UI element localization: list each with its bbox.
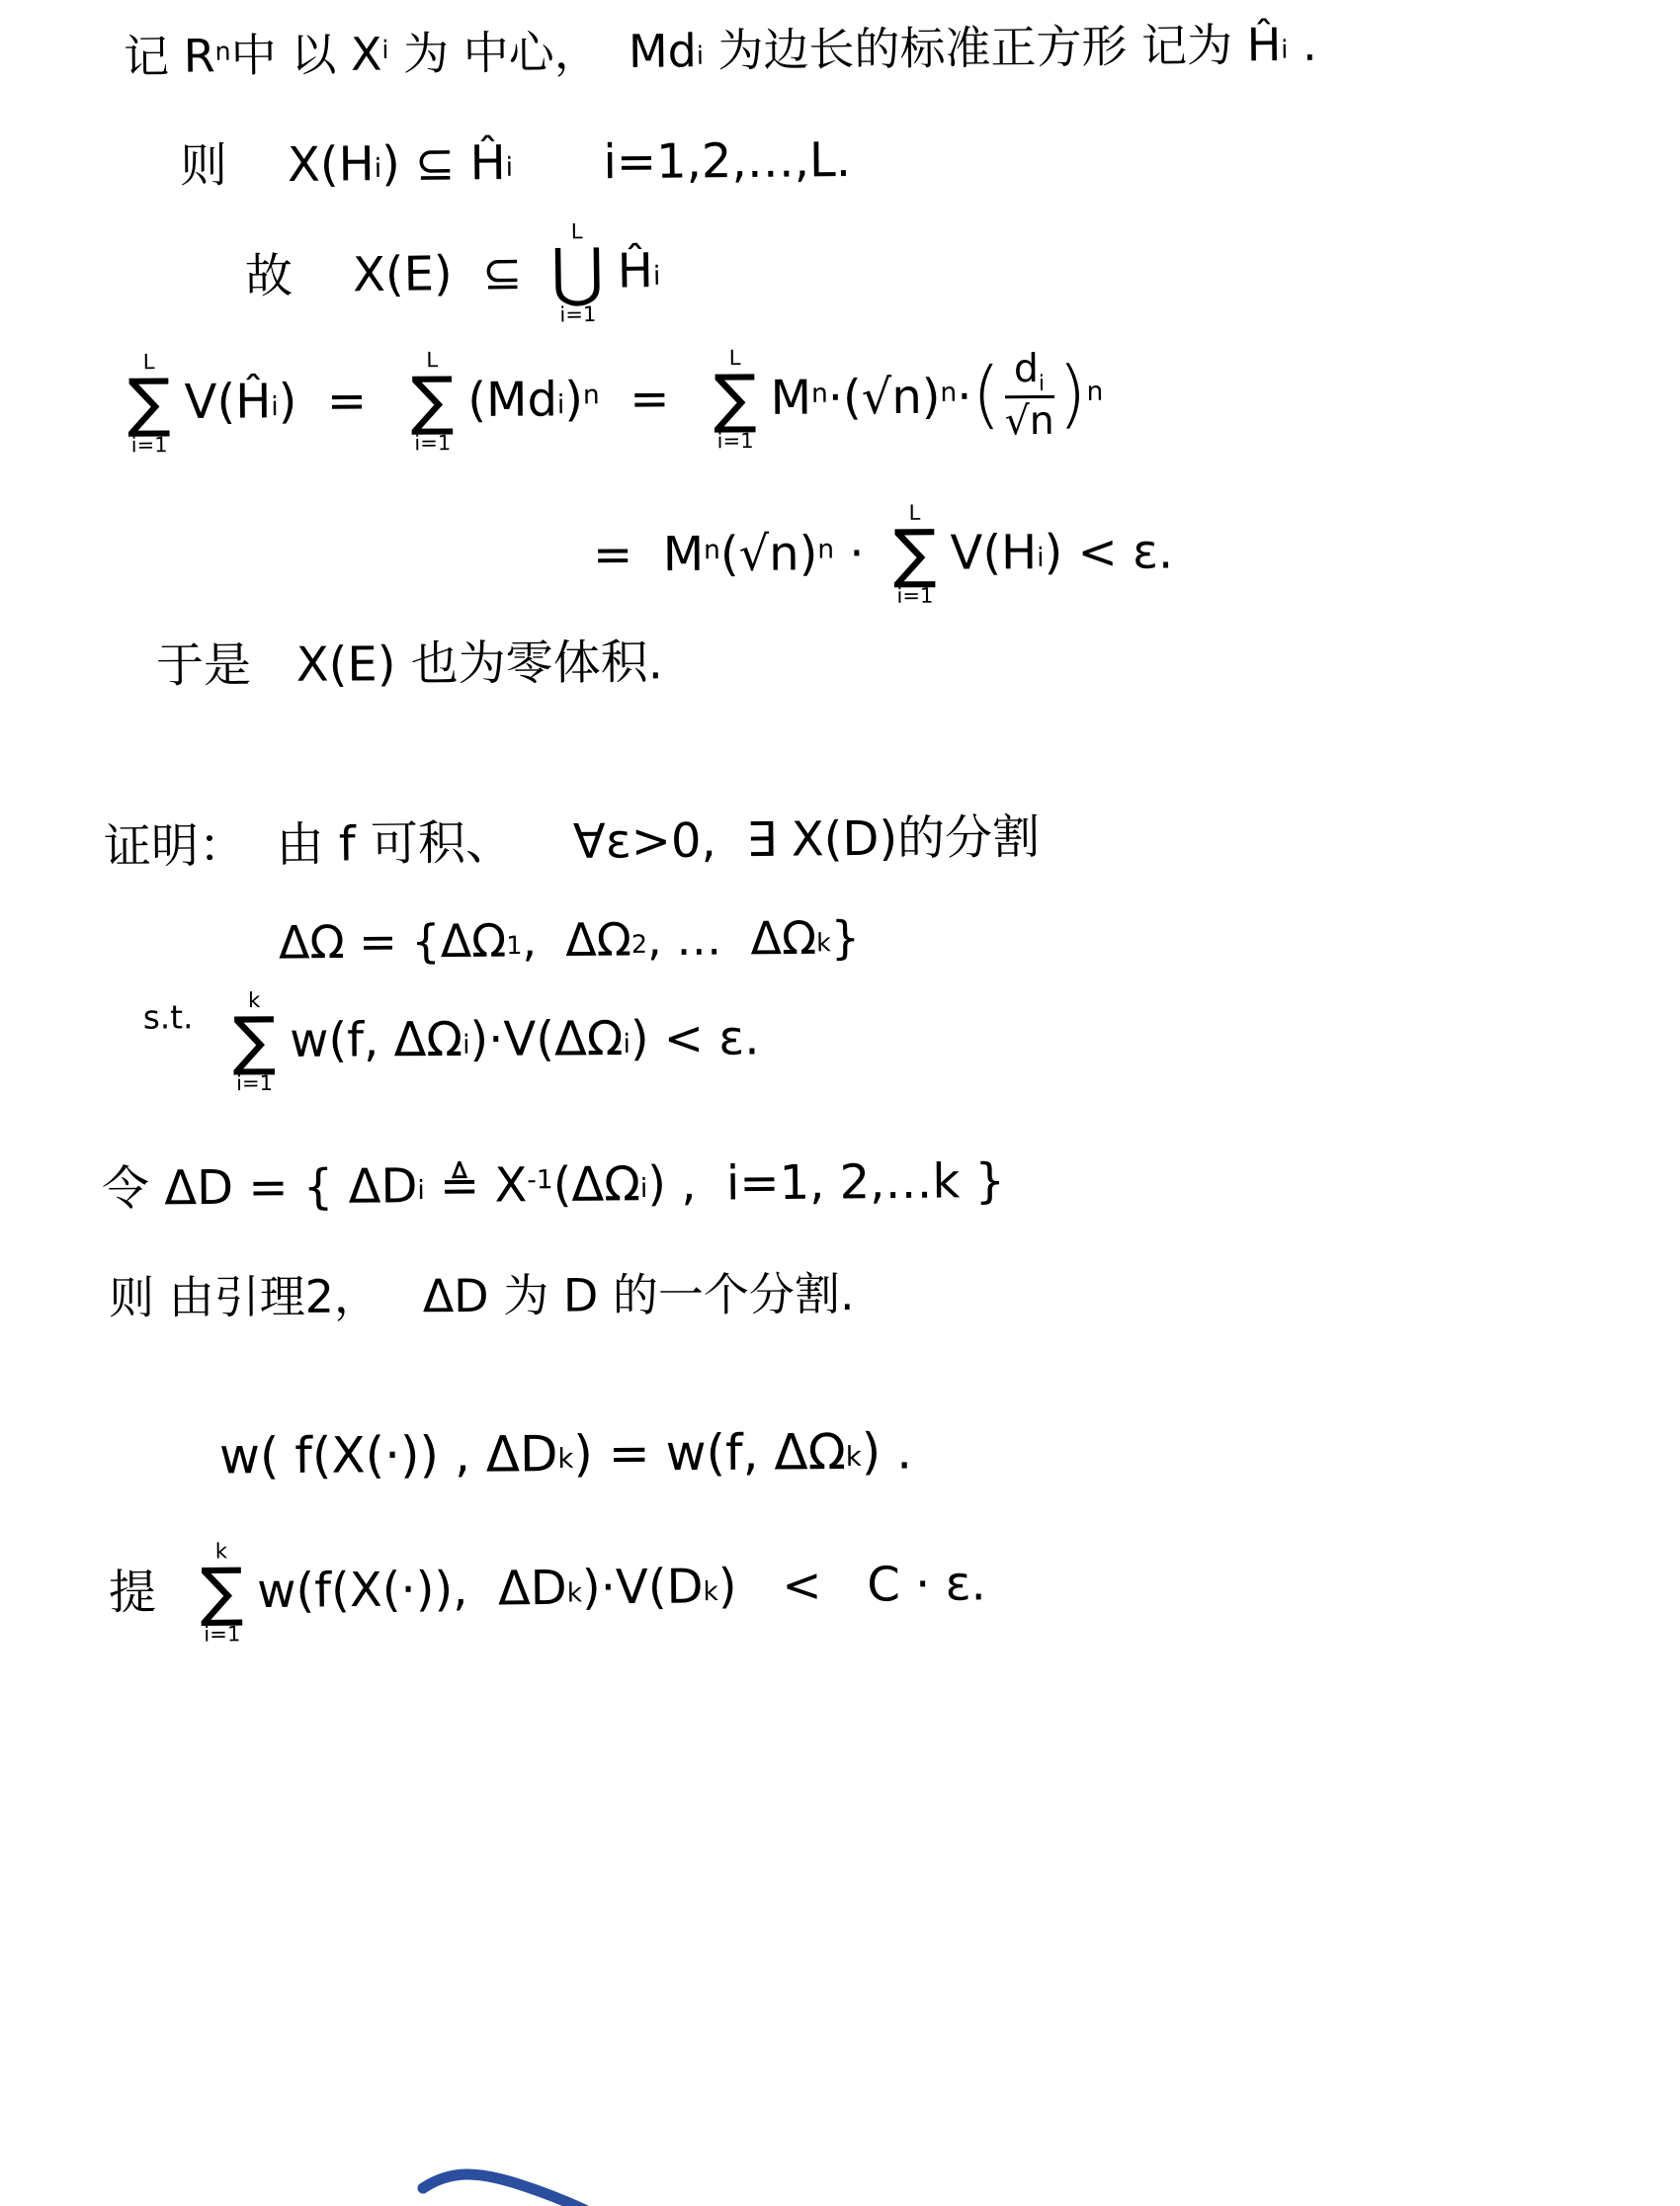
- text-line-3: 故 X(E) ⊆ L ⋃ i=1 Ĥi: [244, 219, 661, 330]
- close-paren: ): [1057, 352, 1087, 437]
- text-line-2: 则 X(Hi) ⊆ Ĥi i=1,2,…,L.: [180, 133, 851, 194]
- superscript: i: [381, 38, 388, 62]
- text-run: )·V(ΔΩ: [469, 1012, 623, 1067]
- blue-pen-stroke-path: [423, 2174, 585, 2206]
- text-run: (ΔΩ: [552, 1157, 640, 1213]
- summation-symbol: L ∑ i=1: [127, 351, 171, 456]
- text-line-12: w( f(X(·)) , ΔDk) = w(f, ΔΩk) .: [219, 1424, 912, 1485]
- subscript: i: [697, 43, 704, 68]
- text-run: )·V(D: [582, 1561, 704, 1616]
- union-symbol: L ⋃ i=1: [550, 220, 605, 326]
- subscript: i: [462, 1032, 469, 1058]
- text-run: ΔΩ = {ΔΩ: [279, 915, 507, 970]
- text-run: ·: [834, 527, 880, 581]
- sum-lower-limit: i=1: [131, 434, 168, 456]
- text-run: ) < ε.: [1044, 526, 1173, 581]
- text-run: ) = w(f, ΔΩ: [573, 1424, 846, 1483]
- sigma-glyph: ∑: [714, 369, 757, 430]
- text-line-9: s.t. k ∑ i=1 w(f, ΔΩi)·V(ΔΩi) < ε.: [143, 986, 760, 1094]
- sum-lower-limit: i=1: [896, 584, 933, 606]
- text-run: ): [564, 374, 583, 428]
- subscript: i: [506, 155, 514, 181]
- text-run: =: [600, 373, 701, 428]
- text-run: = M: [593, 528, 704, 583]
- text-run: 记 R: [124, 30, 215, 83]
- text-run: d: [1014, 346, 1039, 391]
- text-line-6: 于是 X(E) 也为零体积.: [156, 636, 663, 694]
- text-line-4: L ∑ i=1 V(Ĥi) = L ∑ i=1 (Mdi)n = L ∑ i=1…: [114, 345, 1104, 457]
- text-run: 故 X(E) ⊆: [245, 246, 538, 304]
- fraction-numerator: di: [1014, 349, 1045, 395]
- text-run: w( f(X(·)) , ΔD: [219, 1426, 558, 1485]
- text-run: ) =: [278, 375, 396, 430]
- notebook-page: 记 Rn中 以 Xi 为 中心， Mdi 为边长的标准正方形 记为 Ĥi . 则…: [0, 0, 1680, 2206]
- subscript: i: [1281, 37, 1288, 61]
- subscript: k: [567, 1580, 583, 1607]
- open-paren: (: [971, 352, 1001, 437]
- superscript: n: [704, 538, 720, 563]
- text-run: ) ⊆ Ĥ: [381, 136, 506, 192]
- subscript: i: [557, 392, 565, 418]
- text-run: 令 ΔD = { ΔD: [102, 1159, 418, 1217]
- subscript: i: [375, 156, 382, 182]
- subscript: i: [417, 1178, 425, 1204]
- subscript: k: [816, 930, 831, 955]
- subscript: 2: [631, 932, 647, 957]
- text-line-11: 则 由引理2， ΔD 为 D 的一个分割.: [109, 1268, 855, 1324]
- text-run: 为边长的标准正方形 记为 Ĥ: [704, 19, 1282, 77]
- text-line-1: 记 Rn中 以 Xi 为 中心， Mdi 为边长的标准正方形 记为 Ĥi .: [124, 19, 1317, 84]
- text-run: 则 X(H: [180, 137, 375, 194]
- superscript: n: [811, 381, 828, 407]
- text-run: ) < C · ε.: [718, 1558, 987, 1615]
- text-run: 中 以 X: [230, 29, 381, 82]
- summation-symbol: L ∑ i=1: [893, 502, 937, 607]
- sum-lower-limit: i=1: [204, 1623, 240, 1646]
- superscript: n: [214, 39, 230, 63]
- text-run: V(H: [950, 527, 1037, 582]
- subscript: k: [703, 1579, 718, 1606]
- text-run: , ΔΩ: [522, 913, 631, 967]
- subscript: i: [271, 394, 279, 420]
- fraction-denominator: √n: [1005, 394, 1054, 442]
- subscript: i: [1039, 372, 1045, 396]
- text-run: .: [1288, 19, 1317, 71]
- subscript: i: [640, 1176, 648, 1202]
- text-run: 于是 X(E) 也为零体积.: [156, 636, 663, 694]
- subject-to-label: s.t.: [143, 999, 194, 1037]
- fraction: di √n: [1004, 349, 1054, 442]
- text-run: , … ΔΩ: [647, 912, 817, 966]
- subscript: k: [557, 1446, 573, 1474]
- text-run: 证明： 由 f 可积、 ∀ε>0, ∃ X(D)的分割: [104, 810, 1041, 875]
- text-run: 则 由引理2， ΔD 为 D 的一个分割.: [109, 1268, 855, 1324]
- sigma-glyph: ∑: [200, 1562, 243, 1623]
- summation-symbol: L ∑ i=1: [714, 347, 757, 452]
- union-lower-limit: i=1: [559, 303, 596, 326]
- superscript: n: [1087, 379, 1104, 405]
- sum-lower-limit: i=1: [236, 1072, 273, 1094]
- text-run: }: [831, 911, 861, 964]
- text-line-7: 证明： 由 f 可积、 ∀ε>0, ∃ X(D)的分割: [104, 810, 1041, 875]
- blue-pen-stroke: [415, 2161, 593, 2206]
- text-run: Ĥ: [617, 245, 653, 300]
- text-run: V(Ĥ: [184, 376, 271, 431]
- subscript: i: [653, 264, 661, 291]
- text-run: ≜ X: [424, 1158, 527, 1214]
- text-run: 提: [109, 1566, 187, 1621]
- subscript: 1: [506, 933, 522, 958]
- sigma-glyph: ∑: [410, 371, 454, 432]
- text-run: w(f, ΔΩ: [290, 1013, 462, 1068]
- subscript: i: [623, 1032, 630, 1058]
- text-run: ) < ε.: [630, 1012, 760, 1067]
- sigma-glyph: ∑: [127, 373, 171, 434]
- union-glyph: ⋃: [550, 242, 604, 303]
- text-run: (√n): [720, 528, 818, 583]
- subscript: k: [846, 1444, 862, 1472]
- subscript: i: [1037, 546, 1044, 571]
- superscript: n: [583, 382, 600, 409]
- text-run: (Md: [467, 374, 557, 429]
- sigma-glyph: ∑: [893, 524, 937, 585]
- text-run: M: [770, 372, 811, 426]
- summation-symbol: k ∑ i=1: [232, 989, 276, 1094]
- text-line-8: ΔΩ = {ΔΩ1, ΔΩ2, … ΔΩk}: [279, 911, 861, 969]
- sum-lower-limit: i=1: [717, 430, 754, 452]
- summation-symbol: L ∑ i=1: [410, 349, 454, 454]
- sigma-glyph: ∑: [232, 1011, 276, 1072]
- text-line-13: 提 k ∑ i=1 w(f(X(·)), ΔDk)·V(Dk) < C · ε.: [108, 1532, 986, 1646]
- superscript: -1: [527, 1168, 553, 1195]
- sum-lower-limit: i=1: [414, 432, 451, 454]
- text-run: ) , i=1, 2,…k }: [647, 1154, 1005, 1212]
- text-line-5: = Mn(√n)n · L ∑ i=1 V(Hi) < ε.: [593, 500, 1174, 608]
- text-run: ·: [957, 371, 972, 425]
- text-run: w(f(X(·)), ΔD: [257, 1562, 567, 1619]
- text-run: 为 中心， Md: [388, 25, 697, 80]
- text-run: ·(√n): [828, 371, 941, 426]
- text-run: i=1,2,…,L.: [513, 133, 851, 191]
- text-run: ) .: [862, 1424, 913, 1482]
- superscript: n: [940, 381, 957, 407]
- superscript: n: [817, 537, 834, 562]
- summation-symbol: k ∑ i=1: [200, 1540, 244, 1645]
- text-line-10: 令 ΔD = { ΔDi ≜ X-1(ΔΩi) , i=1, 2,…k }: [102, 1154, 1005, 1217]
